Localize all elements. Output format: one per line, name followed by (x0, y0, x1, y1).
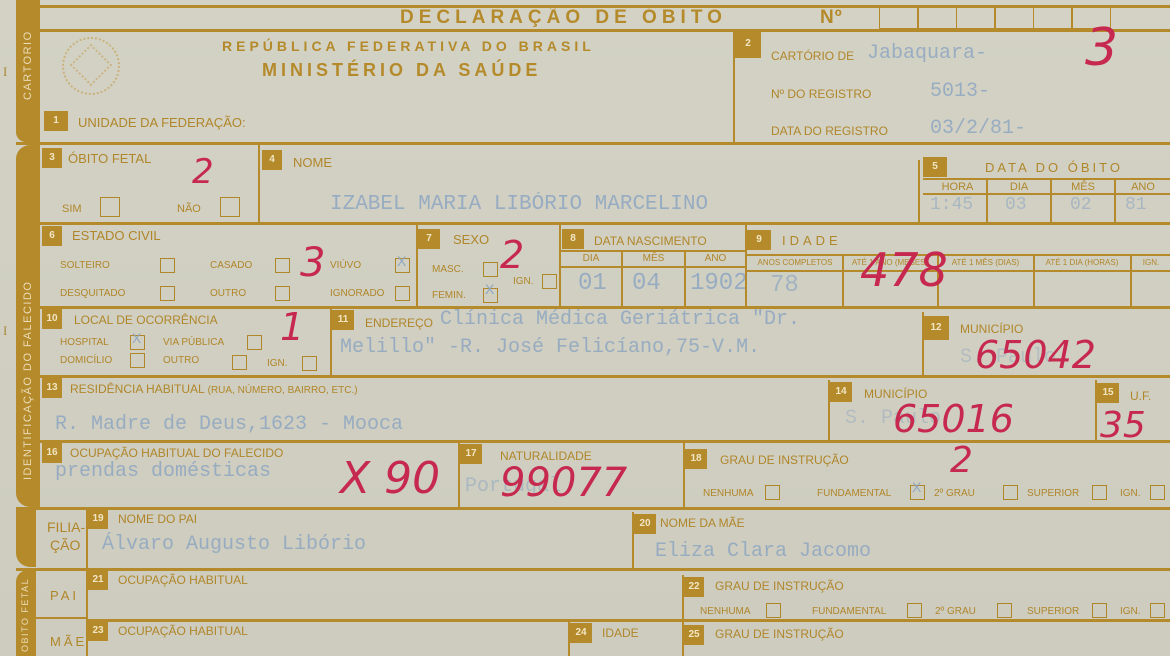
divider (16, 142, 1170, 145)
field-number: 7 (418, 229, 440, 249)
field-number: 11 (332, 310, 354, 330)
outro-label: OUTRO (210, 288, 246, 299)
handwritten-annotation: 478 (860, 243, 948, 297)
hospital-label: HOSPITAL (60, 337, 109, 348)
nenhuma-pai-label: NENHUMA (700, 606, 751, 617)
ign-instrucao-checkbox[interactable] (1150, 485, 1165, 500)
fundamental-label: FUNDAMENTAL (817, 488, 891, 499)
ign-checkbox[interactable] (542, 274, 557, 289)
identificacao-strip-label: IDENTIFICAÇÃO DO FALECIDO (22, 281, 34, 480)
field-number: 18 (685, 449, 707, 469)
field-number: 19 (88, 509, 108, 529)
ano-header: ANO (1116, 181, 1170, 193)
form-title: DECLARAÇÃO DE ÓBITO (400, 7, 727, 29)
field-number: 15 (1097, 383, 1119, 403)
field-number: 23 (88, 621, 108, 641)
declaration-number-boxes[interactable] (880, 7, 1111, 29)
segundo-grau-pai-checkbox[interactable] (997, 603, 1012, 618)
cartorio-strip-label: CARTORIO (22, 30, 34, 100)
segundo-grau-label: 2º GRAU (934, 488, 975, 499)
handwritten-annotation: 2 (950, 440, 973, 481)
republic-title: REPÚBLICA FEDERATIVA DO BRASIL (222, 38, 595, 54)
residencia-label: RESIDÊNCIA HABITUAL (RUA, NÚMERO, BAIRRO… (70, 382, 358, 396)
local-ocorrencia-label: LOCAL DE OCORRÊNCIA (74, 313, 218, 327)
divider (747, 254, 1170, 256)
divider (40, 440, 1170, 443)
ignorado-checkbox[interactable] (395, 286, 410, 301)
ign-label: IGN. (513, 276, 534, 287)
domicilio-label: DOMICÍLIO (60, 355, 112, 366)
estado-civil-label: ESTADO CIVIL (72, 228, 161, 243)
superior-pai-label: SUPERIOR (1027, 606, 1079, 617)
nome-value[interactable]: IZABEL MARIA LIBÓRIO MARCELINO (330, 193, 708, 216)
dia-header: DIA (561, 253, 621, 264)
divider (923, 178, 1170, 180)
obito-fetal-label: ÓBITO FETAL (68, 151, 151, 166)
handwritten-annotation: 3 (300, 240, 325, 286)
filiacao-label-line1: FILIA- (47, 519, 85, 535)
registro-value[interactable]: 5013- (930, 80, 990, 103)
solteiro-checkbox[interactable] (160, 258, 175, 273)
outro-checkbox[interactable] (275, 286, 290, 301)
outro-local-label: OUTRO (163, 355, 199, 366)
registro-label: Nº DO REGISTRO (771, 87, 871, 101)
nome-label: NOME (293, 155, 332, 170)
field-number: 21 (88, 570, 108, 590)
handwritten-annotation: 65042 (975, 333, 1096, 377)
sim-label: SIM (62, 203, 82, 215)
mes-header: MÊS (1052, 181, 1114, 193)
data-registro-label: DATA DO REGISTRO (771, 124, 888, 138)
residencia-value[interactable]: R. Madre de Deus,1623 - Mooca (55, 413, 403, 436)
viuvo-label: VIÚVO (330, 260, 361, 271)
idade-ign-header: IGN. (1132, 258, 1170, 267)
filiacao-label-line2: ÇÃO (50, 537, 80, 553)
divider (40, 222, 1170, 225)
superior-label: SUPERIOR (1027, 488, 1079, 499)
field-number: 17 (460, 444, 482, 464)
nenhuma-label: NENHUMA (703, 488, 754, 499)
fundamental-checkbox[interactable]: X (910, 485, 925, 500)
field-number: 9 (747, 230, 771, 250)
mes-value[interactable]: 02 (1070, 195, 1092, 215)
ano-header: ANO (686, 253, 745, 264)
cartorio-label: CARTÓRIO DE (771, 49, 854, 63)
handwritten-annotation: X 90 (340, 453, 440, 504)
data-nascimento-label: DATA NASCIMENTO (594, 234, 707, 248)
fundamental-pai-checkbox[interactable] (907, 603, 922, 618)
margin-mark: I (3, 323, 7, 339)
nome-mae-value[interactable]: Eliza Clara Jacomo (655, 540, 871, 563)
ignorado-label: IGNORADO (330, 288, 384, 299)
data-obito-label: DATA DO ÓBITO (985, 160, 1123, 175)
field-number: 12 (923, 316, 949, 340)
field-number: 5 (923, 157, 947, 177)
hora-value[interactable]: 1:45 (930, 195, 973, 215)
ign-instrucao-label: IGN. (1120, 488, 1141, 499)
solteiro-label: SOLTEIRO (60, 260, 110, 271)
handwritten-annotation: 2 (500, 233, 524, 277)
nao-label: NÃO (177, 203, 201, 215)
hospital-checkbox[interactable]: X (130, 335, 145, 350)
unidade-federacao-label: UNIDADE DA FEDERAÇÃO: (78, 115, 246, 130)
field-number: 13 (42, 378, 62, 398)
desquitado-checkbox[interactable] (160, 286, 175, 301)
mes-nascimento-value[interactable]: 04 (632, 270, 661, 297)
divider (747, 270, 1170, 272)
ano-value[interactable]: 81 (1125, 195, 1147, 215)
ocupacao-mae-label: OCUPAÇÃO HABITUAL (118, 624, 248, 638)
ign-pai-checkbox[interactable] (1150, 603, 1165, 618)
nome-mae-label: NOME DA MÃE (660, 516, 745, 530)
nome-pai-label: NOME DO PAI (118, 512, 197, 526)
handwritten-annotation: 99077 (500, 460, 627, 506)
field-number: 3 (42, 148, 62, 168)
divider (258, 145, 260, 223)
obito-fetal-nao-checkbox[interactable] (220, 197, 240, 217)
femin-label: FEMIN. (432, 290, 466, 301)
mes-header: MÊS (623, 253, 684, 264)
field-number: 25 (684, 625, 704, 645)
grau-instrucao-pai-label: GRAU DE INSTRUÇÃO (715, 579, 844, 593)
divider (918, 160, 920, 223)
divider (16, 507, 1170, 510)
dia-header: DIA (988, 181, 1050, 193)
ocupacao-pai-label: OCUPAÇÃO HABITUAL (118, 573, 248, 587)
handwritten-annotation: 3 (1085, 18, 1118, 78)
endereco-label: ENDEREÇO (365, 316, 433, 330)
field-number: 1 (44, 111, 68, 131)
casado-label: CASADO (210, 260, 252, 271)
hora-header: HORA (930, 181, 985, 193)
masc-checkbox[interactable] (483, 262, 498, 277)
uf-label: U.F. (1130, 389, 1151, 403)
viuvo-checkbox[interactable]: X (395, 258, 410, 273)
masc-label: MASC. (432, 264, 464, 275)
handwritten-annotation: 65016 (893, 397, 1014, 441)
superior-pai-checkbox[interactable] (1092, 603, 1107, 618)
divider (86, 619, 1170, 622)
grau-instrucao-label: GRAU DE INSTRUÇÃO (720, 453, 849, 467)
ign-local-checkbox[interactable] (302, 356, 317, 371)
divider (16, 568, 1170, 571)
endereco-line1[interactable]: Clínica Médica Geriátrica "Dr. (440, 308, 800, 331)
obito-fetal-sim-checkbox[interactable] (100, 197, 120, 217)
divider (40, 375, 1170, 378)
ano-nascimento-value[interactable]: 1902 (690, 270, 748, 297)
handwritten-annotation: 1 (280, 305, 304, 349)
endereco-line2[interactable]: Melillo" -R. José Felicíano,75-V.M. (340, 336, 760, 359)
handwritten-annotation: 2 (192, 152, 214, 192)
filiacao-strip (16, 507, 36, 567)
ocupacao-falecido-value[interactable]: prendas domésticas (55, 460, 271, 483)
divider (30, 29, 1170, 32)
horas-header: ATÉ 1 DIA (HORAS) (1035, 258, 1129, 267)
field-number: 14 (830, 382, 852, 402)
grau-instrucao-mae-label: GRAU DE INSTRUÇÃO (715, 627, 844, 641)
data-registro-value[interactable]: 03/2/81- (930, 117, 1026, 140)
ign-local-label: IGN. (267, 358, 288, 369)
nenhuma-pai-checkbox[interactable] (766, 603, 781, 618)
outro-local-checkbox[interactable] (232, 355, 247, 370)
field-number: 4 (262, 150, 282, 170)
divider (560, 250, 745, 252)
fundamental-pai-label: FUNDAMENTAL (812, 606, 886, 617)
nenhuma-checkbox[interactable] (765, 485, 780, 500)
ign-pai-label: IGN. (1120, 606, 1141, 617)
anos-completos-value[interactable]: 78 (770, 272, 799, 299)
idade-label: IDADE (782, 233, 842, 248)
idade-mae-label: IDADE (602, 626, 639, 640)
pai-label: PAI (50, 588, 79, 603)
segundo-grau-checkbox[interactable] (1003, 485, 1018, 500)
dia-value[interactable]: 03 (1005, 195, 1027, 215)
anos-completos-header: ANOS COMPLETOS (749, 258, 841, 267)
via-publica-label: VIA PÚBLICA (163, 337, 224, 348)
dias-header: ATÉ 1 MÊS (DIAS) (939, 258, 1032, 267)
desquitado-label: DESQUITADO (60, 288, 125, 299)
domicilio-checkbox[interactable] (130, 353, 145, 368)
cartorio-value[interactable]: Jabaquara- (867, 42, 987, 65)
casado-checkbox[interactable] (275, 258, 290, 273)
death-certificate-form: DECLARAÇÃO DE ÓBITO Nº I I CARTORIO REPÚ… (0, 0, 1170, 656)
segundo-grau-pai-label: 2º GRAU (935, 606, 976, 617)
dia-nascimento-value[interactable]: 01 (578, 270, 607, 297)
field-number: 24 (570, 623, 592, 643)
field-number: 10 (42, 309, 62, 329)
nome-pai-value[interactable]: Álvaro Augusto Libório (102, 533, 366, 556)
margin-mark: I (3, 64, 7, 80)
ministry-title: MINISTÉRIO DA SAÚDE (262, 60, 541, 81)
field-number: 22 (684, 577, 704, 597)
field-number: 2 (735, 32, 761, 58)
femin-checkbox[interactable]: X (483, 288, 498, 303)
field-number: 8 (562, 229, 584, 249)
field-number: 20 (634, 514, 656, 534)
mae-label: MÃE (50, 634, 87, 649)
via-publica-checkbox[interactable] (247, 335, 262, 350)
divider (36, 617, 86, 619)
ocupacao-falecido-label: OCUPAÇÃO HABITUAL DO FALECIDO (70, 446, 283, 460)
number-label: Nº (820, 7, 843, 29)
field-number: 6 (42, 226, 62, 246)
superior-checkbox[interactable] (1092, 485, 1107, 500)
obito-fetal-strip-label: OBITO FETAL (20, 578, 30, 652)
divider (560, 266, 745, 268)
sexo-label: SEXO (453, 232, 489, 247)
